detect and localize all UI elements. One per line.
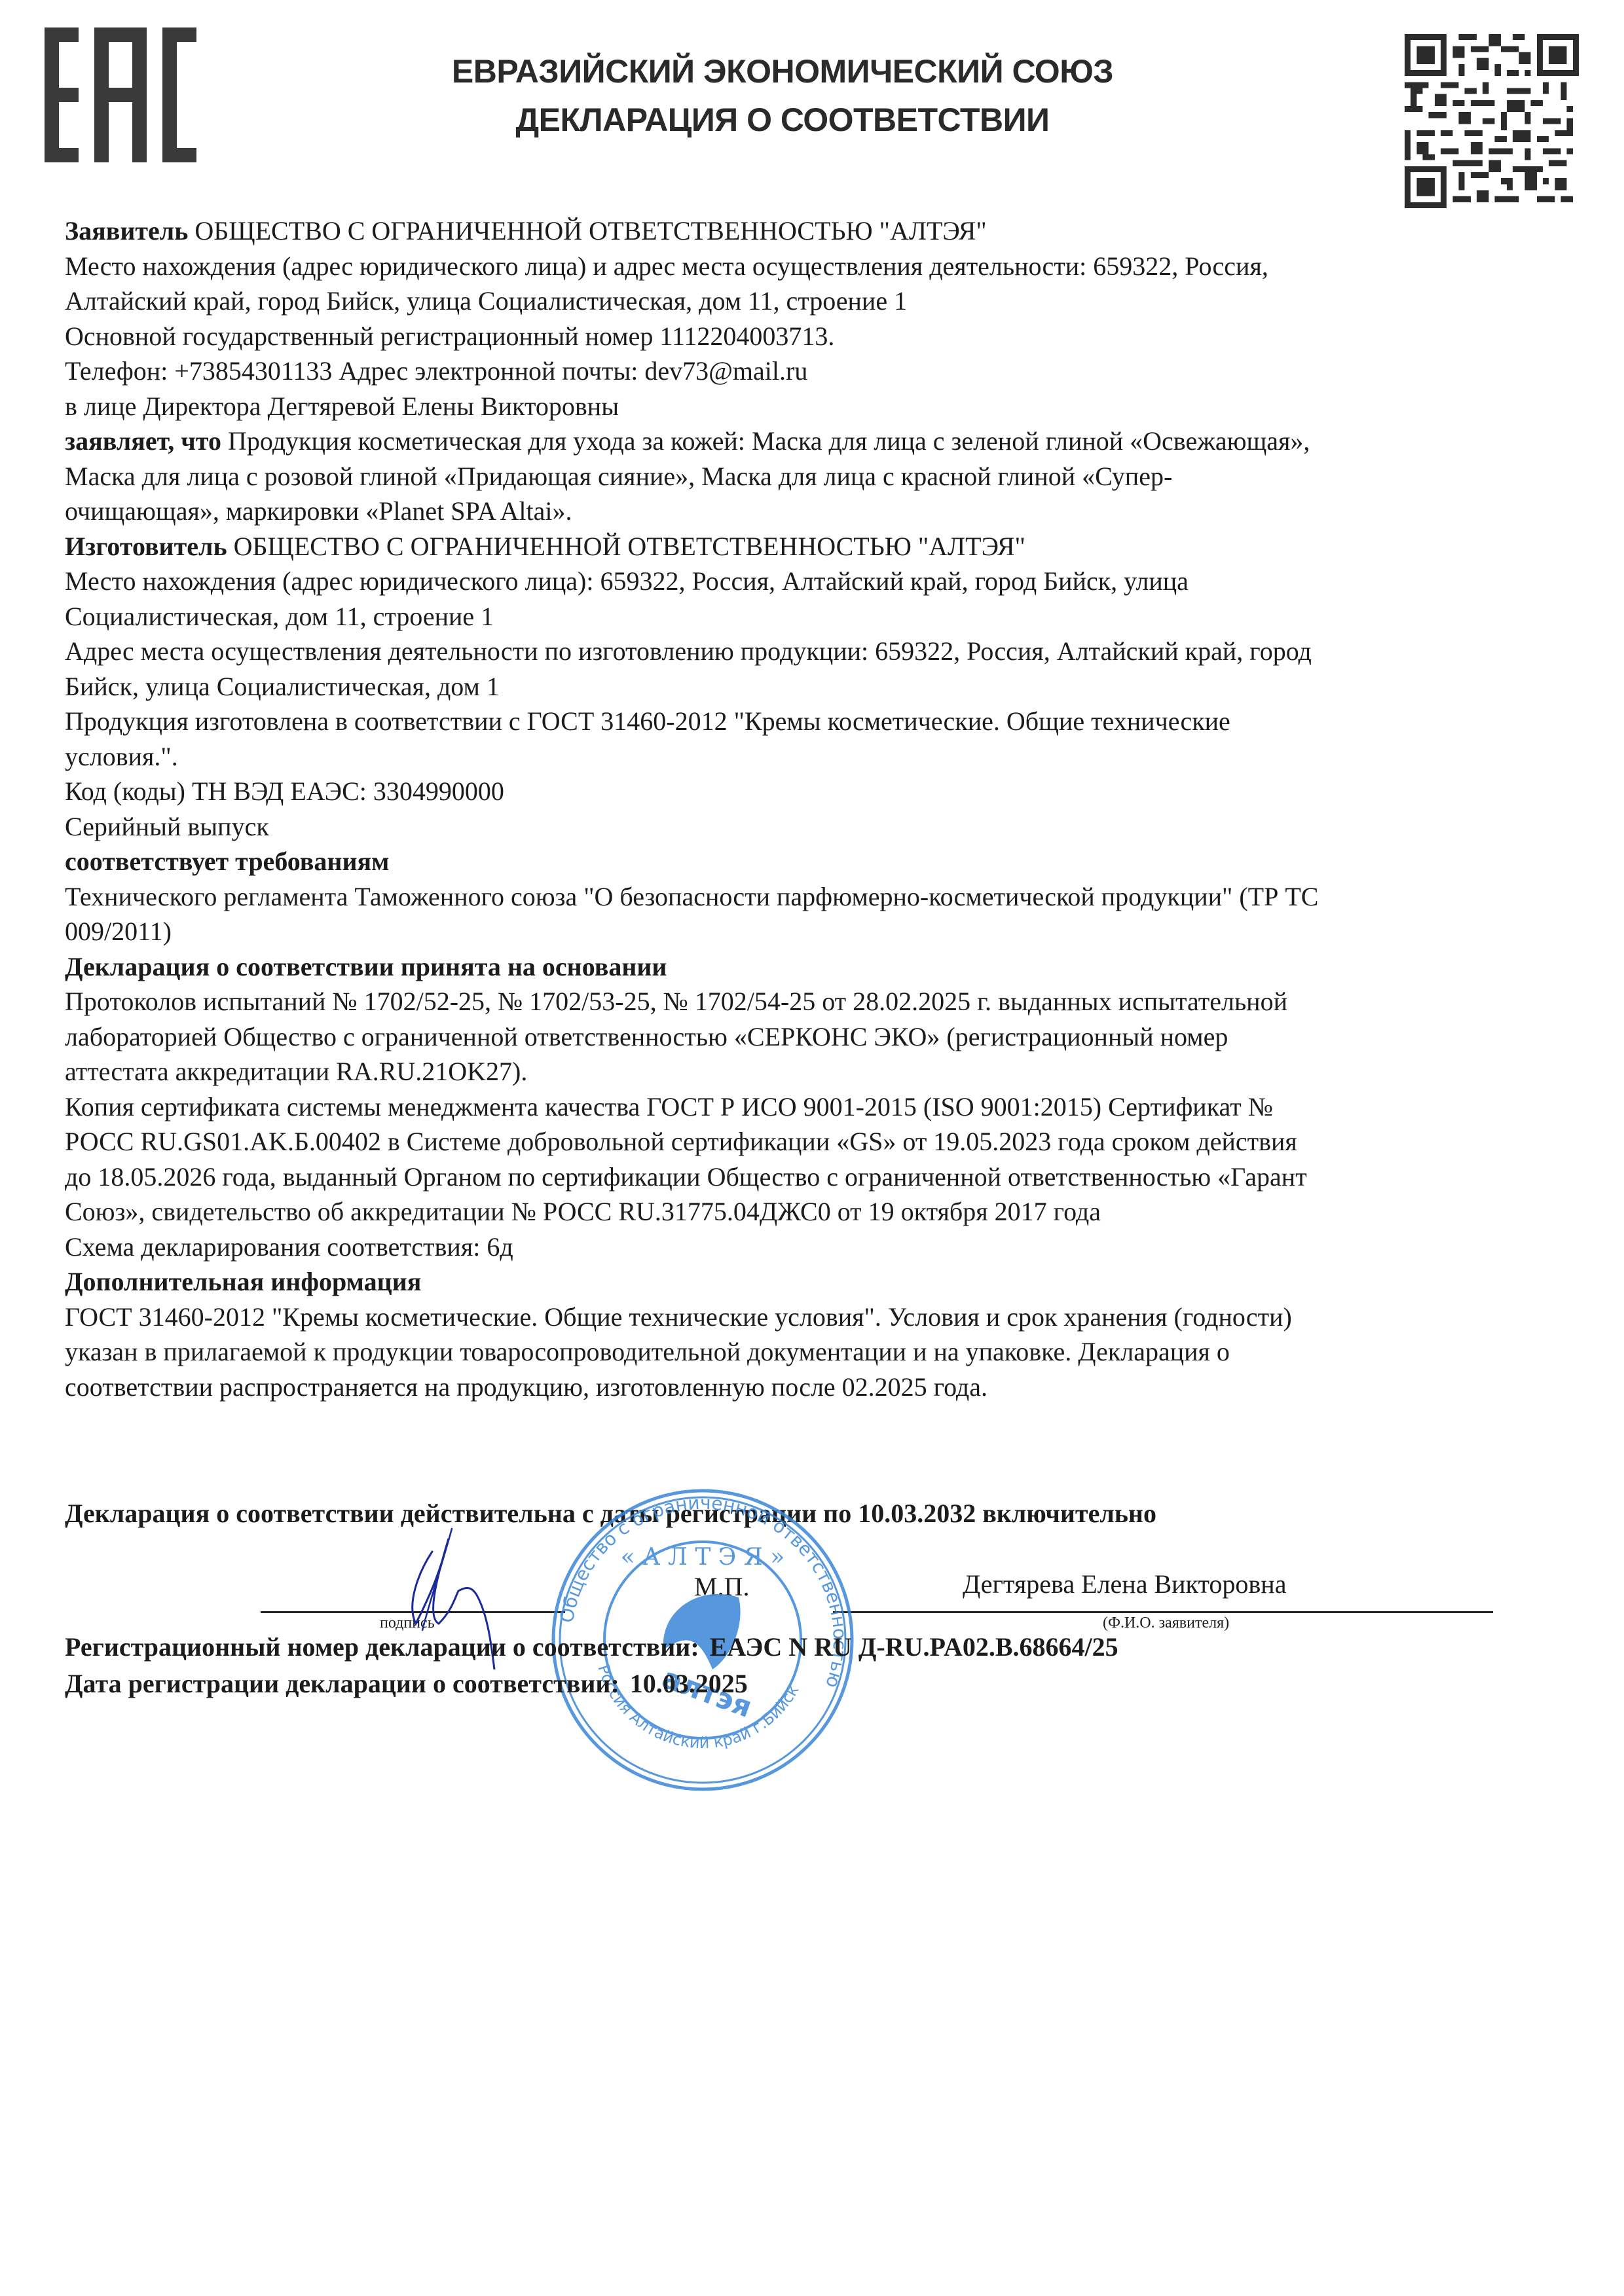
applicant-name: ОБЩЕСТВО С ОГРАНИЧЕННОЙ ОТВЕТСТВЕННОСТЬЮ… (194, 216, 986, 246)
additional-text: ГОСТ 31460-2012 "Кремы косметические. Об… (65, 1300, 1525, 1335)
manufacturer-legal-address: Место нахождения (адрес юридического лиц… (65, 564, 1525, 599)
applicant-heading: Заявитель ОБЩЕСТВО С ОГРАНИЧЕННОЙ ОТВЕТС… (65, 213, 1525, 249)
basis-protocols: аттестата аккредитации RA.RU.21OK27). (65, 1054, 1525, 1089)
applicant-address-line: Место нахождения (адрес юридического лиц… (65, 249, 1525, 284)
declaration-scheme: Схема декларирования соответствия: 6д (65, 1230, 1525, 1265)
manufacturer-production-address: Адрес места осуществления деятельности п… (65, 634, 1525, 669)
qr-code-icon (1400, 34, 1583, 208)
additional-text: указан в прилагаемой к продукции товарос… (65, 1334, 1525, 1370)
applicant-full-name: Дегтярева Елена Викторовна (963, 1569, 1286, 1599)
applicant-address-line: Алтайский край, город Бийск, улица Социа… (65, 283, 1525, 319)
manufacturer-label: Изготовитель (65, 532, 227, 561)
declaration-body: Заявитель ОБЩЕСТВО С ОГРАНИЧЕННОЙ ОТВЕТС… (65, 213, 1525, 1404)
basis-heading: Декларация о соответствии принята на осн… (65, 949, 1525, 985)
applicant-label: Заявитель (65, 216, 188, 246)
basis-certificate: до 18.05.2026 года, выданный Органом по … (65, 1159, 1525, 1195)
document-header: ЕВРАЗИЙСКИЙ ЭКОНОМИЧЕСКИЙ СОЮЗ ДЕКЛАРАЦИ… (327, 47, 1238, 144)
eac-logo-icon (45, 27, 196, 162)
registration-date-value: 10.03.2025 (630, 1669, 748, 1698)
registration-number-label: Регистрационный номер декларации о соотв… (65, 1632, 699, 1662)
conforms-text: Технического регламента Таможенного союз… (65, 879, 1525, 915)
declares-text: Продукция косметическая для ухода за кож… (228, 426, 1310, 456)
manufacturer-standard: Продукция изготовлена в соответствии с Г… (65, 704, 1525, 739)
applicant-name-caption: (Ф.И.О. заявителя) (1103, 1614, 1229, 1632)
basis-certificate: Союз», свидетельство об аккредитации № Р… (65, 1194, 1525, 1230)
registration-number: Регистрационный номер декларации о соотв… (65, 1631, 1118, 1662)
manufacturer-legal-address: Социалистическая, дом 11, строение 1 (65, 599, 1525, 634)
additional-heading: Дополнительная информация (65, 1264, 1525, 1300)
applicant-contacts: Телефон: +73854301133 Адрес электронной … (65, 354, 1525, 389)
declares-line: очищающая», маркировки «Planet SPA Altai… (65, 494, 1525, 529)
tn-ved-code: Код (коды) ТН ВЭД ЕАЭС: 3304990000 (65, 774, 1525, 809)
header-union-title: ЕВРАЗИЙСКИЙ ЭКОНОМИЧЕСКИЙ СОЮЗ (327, 47, 1238, 96)
declares-line: заявляет, что Продукция косметическая дл… (65, 424, 1525, 459)
registration-date-label: Дата регистрации декларации о соответств… (65, 1669, 619, 1698)
registration-number-value: ЕАЭС N RU Д-RU.PA02.B.68664/25 (710, 1632, 1118, 1662)
manufacturer-production-address: Бийск, улица Социалистическая, дом 1 (65, 669, 1525, 704)
stamp-company-name: « А Л Т Э Я » (621, 1544, 785, 1571)
conforms-heading: соответствует требованиям (65, 844, 1525, 879)
manufacturer-name: ОБЩЕСТВО С ОГРАНИЧЕННОЙ ОТВЕТСТВЕННОСТЬЮ… (234, 532, 1025, 561)
basis-certificate: РОСС RU.GS01.AK.Б.00402 в Системе добров… (65, 1124, 1525, 1159)
declares-line: Маска для лица с розовой глиной «Придающ… (65, 459, 1525, 494)
header-document-title: ДЕКЛАРАЦИЯ О СООТВЕТСТВИИ (327, 96, 1238, 144)
release-type: Серийный выпуск (65, 809, 1525, 845)
conforms-text: 009/2011) (65, 914, 1525, 949)
basis-protocols: Протоколов испытаний № 1702/52-25, № 170… (65, 984, 1525, 1019)
basis-certificate: Копия сертификата системы менеджмента ка… (65, 1089, 1525, 1125)
registration-date: Дата регистрации декларации о соответств… (65, 1668, 748, 1699)
applicant-name-line (833, 1611, 1493, 1613)
manufacturer-standard: условия.". (65, 739, 1525, 774)
applicant-represented-by: в лице Директора Дегтяревой Елены Виктор… (65, 389, 1525, 424)
additional-text: соответствии распространяется на продукц… (65, 1370, 1525, 1405)
basis-protocols: лабораторией Общество с ограниченной отв… (65, 1019, 1525, 1055)
manufacturer-heading: Изготовитель ОБЩЕСТВО С ОГРАНИЧЕННОЙ ОТВ… (65, 529, 1525, 564)
declares-label: заявляет, что (65, 426, 221, 456)
applicant-ogrn: Основной государственный регистрационный… (65, 319, 1525, 354)
